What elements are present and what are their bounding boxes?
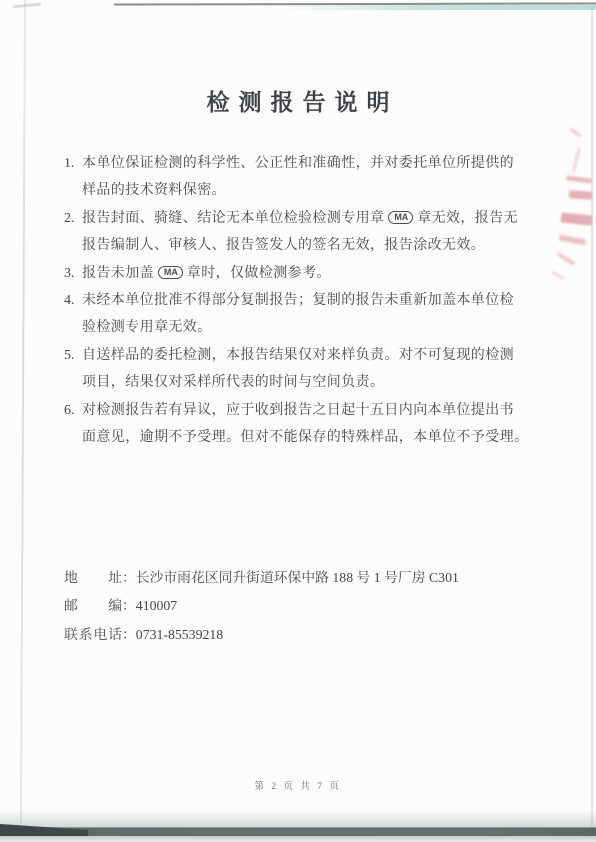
scan-edge-bottom-shadow xyxy=(0,810,596,827)
list-item: 2.报告封面、骑缝、结论无本单位检验检测专用章 MA 章无效，报告无 报告编制人… xyxy=(64,205,538,260)
item-number: 1. xyxy=(64,150,75,177)
cma-mark-icon: MA xyxy=(388,211,413,224)
contact-value: 0731-85539218 xyxy=(136,627,223,642)
contact-separator: ： xyxy=(122,570,136,585)
contact-block: 地址：长沙市雨花区同升街道环保中路 188 号 1 号厂房 C301 邮编：41… xyxy=(64,564,544,649)
contact-row-phone: 联系电话：0731-85539218 xyxy=(64,621,544,649)
notes-list: 1.本单位保证检测的科学性、公正性和准确性，并对委托单位所提供的 样品的技术资料… xyxy=(64,150,538,451)
item-text-segment: 章时，仅做检测参考。 xyxy=(183,266,331,281)
item-text: 对检测报告若有异议，应于收到报告之日起十五日内向本单位提出书 面意见，逾期不予受… xyxy=(82,403,528,445)
list-item: 5.自送样品的委托检测，本报告结果仅对来样负责。对不可复现的检测 项目，结果仅对… xyxy=(64,342,538,397)
contact-value: 长沙市雨花区同升街道环保中路 188 号 1 号厂房 C301 xyxy=(136,570,459,585)
contact-label: 邮编 xyxy=(64,592,122,620)
item-number: 3. xyxy=(64,260,75,287)
scan-edge-bottom-margin xyxy=(0,836,596,842)
item-number: 6. xyxy=(64,397,75,424)
contact-label: 地址 xyxy=(64,564,122,592)
cma-mark-icon: MA xyxy=(158,266,183,279)
item-number: 4. xyxy=(64,287,75,314)
item-number: 5. xyxy=(64,342,75,369)
contact-row-address: 地址：长沙市雨花区同升街道环保中路 188 号 1 号厂房 C301 xyxy=(64,564,544,592)
scan-smudge xyxy=(13,3,41,9)
item-text-segment: 报告未加盖 xyxy=(82,266,158,281)
scan-edge-right-line xyxy=(591,6,593,828)
item-text: 本单位保证检测的科学性、公正性和准确性，并对委托单位所提供的 样品的技术资料保密… xyxy=(82,156,514,198)
list-item: 3.报告未加盖 MA 章时，仅做检测参考。 xyxy=(64,260,538,287)
item-text: 自送样品的委托检测，本报告结果仅对来样负责。对不可复现的检测 项目，结果仅对采样… xyxy=(82,348,514,390)
contact-value: 410007 xyxy=(136,598,177,613)
page-fold-line xyxy=(20,0,26,832)
contact-separator: ： xyxy=(122,627,136,642)
list-item: 6.对检测报告若有异议，应于收到报告之日起十五日内向本单位提出书 面意见，逾期不… xyxy=(64,397,538,452)
page-title: 检测报告说明 xyxy=(0,84,596,117)
item-text-segment: 报告封面、骑缝、结论无本单位检验检测专用章 xyxy=(82,211,388,226)
contact-label: 联系电话 xyxy=(64,621,122,649)
item-text: 未经本单位批准不得部分复制报告；复制的报告未重新加盖本单位检 验检测专用章无效。 xyxy=(82,293,514,335)
list-item: 4.未经本单位批准不得部分复制报告；复制的报告未重新加盖本单位检 验检测专用章无… xyxy=(64,287,538,342)
item-text: 报告封面、骑缝、结论无本单位检验检测专用章 MA 章无效，报告无 报告编制人、审… xyxy=(82,211,518,253)
scan-edge-top-tint xyxy=(280,5,596,10)
scanned-report-page: 检测报告说明 1.本单位保证检测的科学性、公正性和准确性，并对委托单位所提供的 … xyxy=(0,0,596,842)
footer-page-number: 第 2 页 共 7 页 xyxy=(0,778,596,792)
contact-separator: ： xyxy=(122,598,136,613)
contact-row-postcode: 邮编：410007 xyxy=(64,592,544,620)
item-text: 报告未加盖 MA 章时，仅做检测参考。 xyxy=(82,266,331,281)
list-item: 1.本单位保证检测的科学性、公正性和准确性，并对委托单位所提供的 样品的技术资料… xyxy=(64,150,538,205)
item-number: 2. xyxy=(64,205,75,232)
